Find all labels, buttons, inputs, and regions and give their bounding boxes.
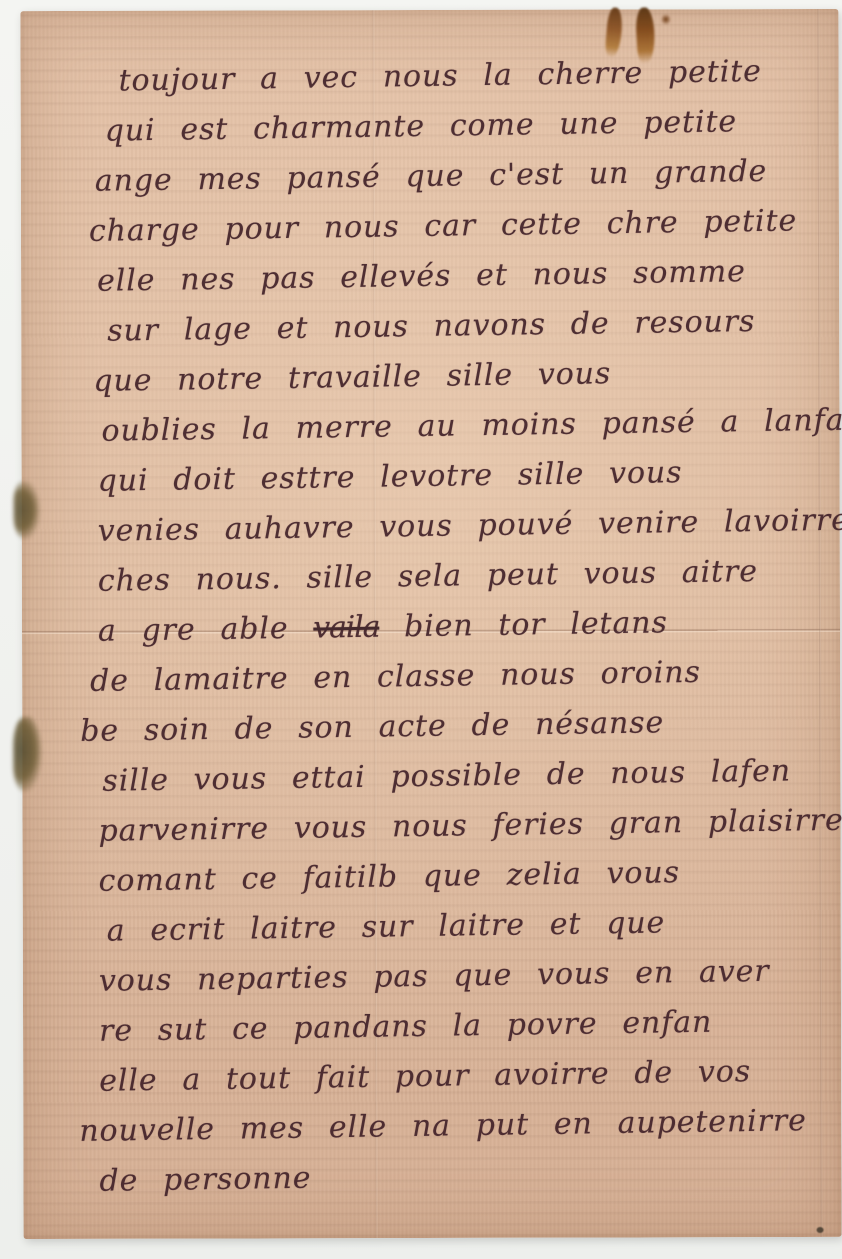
rust-stain-top-right-3 (661, 13, 670, 25)
edge-stain-upper-left (14, 481, 40, 539)
edge-stain-lower-left (13, 717, 41, 791)
line-segment: bien tor letans (379, 605, 668, 644)
struck-word: vaila (313, 610, 379, 646)
letter-paper: toujour a vec nous la cherre petite qui … (20, 9, 841, 1239)
line-segment: a gre able (98, 611, 314, 649)
speck-bottom-right (817, 1227, 824, 1233)
scan-background: toujour a vec nous la cherre petite qui … (0, 0, 842, 1259)
handwritten-line: de personne (91, 1146, 836, 1207)
handwritten-text: toujour a vec nous la cherre petite qui … (89, 55, 836, 1207)
